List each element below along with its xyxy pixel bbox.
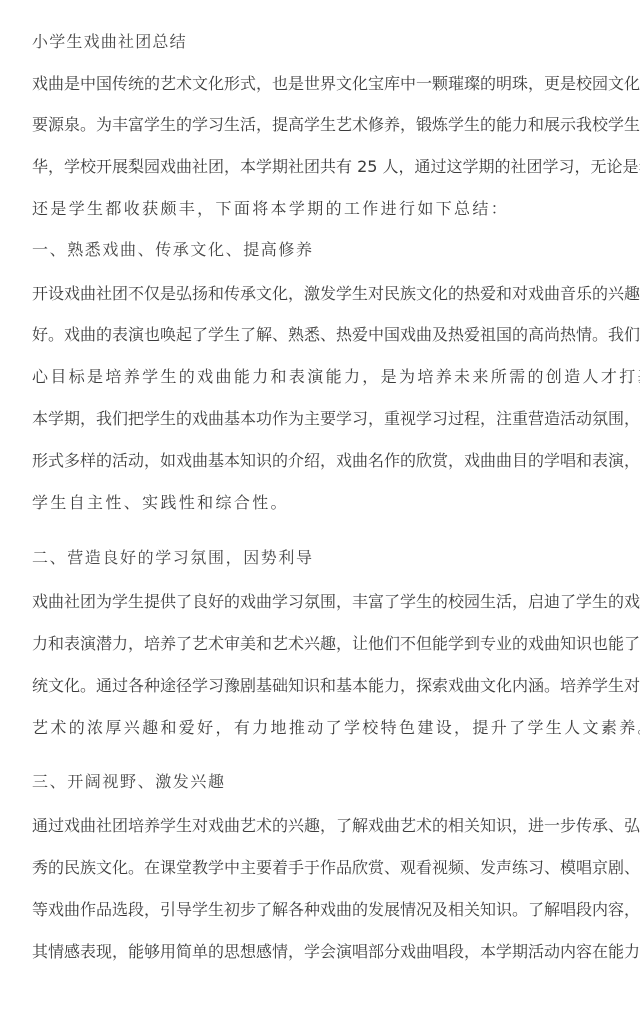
paragraph-line: 等戏曲作品选段，引导学生初步了解各种戏曲的发展情况及相关知识。了解唱段内容，感受 [32, 898, 622, 922]
section-heading: 一、熟悉戏曲、传承文化、提高修养 [32, 238, 622, 262]
paragraph-line: 本学期，我们把学生的戏曲基本功作为主要学习，重视学习过程，注重营造活动氛围，开展 [32, 407, 622, 431]
paragraph-line: 艺术的浓厚兴趣和爱好，有力地推动了学校特色建设，提升了学生人文素养。 [32, 716, 622, 740]
section-heading: 三、开阔视野、激发兴趣 [32, 770, 622, 794]
intro-line: 华，学校开展梨园戏曲社团，本学期社团共有 25 人，通过这学期的社团学习，无论是… [32, 155, 622, 179]
paragraph-line: 好。戏曲的表演也唤起了学生了解、熟悉、热爱中国戏曲及热爱祖国的高尚热情。我们的核 [32, 323, 622, 347]
paragraph-line: 开设戏曲社团不仅是弘扬和传承文化，激发学生对民族文化的热爱和对戏曲音乐的兴趣与爱 [32, 282, 622, 306]
document-page: 小学生戏曲社团总结 戏曲是中国传统的艺术文化形式，也是世界文化宝库中一颗璀璨的明… [0, 0, 640, 1028]
intro-line: 还是学生都收获颇丰，下面将本学期的工作进行如下总结： [32, 197, 622, 221]
intro-line: 戏曲是中国传统的艺术文化形式，也是世界文化宝库中一颗璀璨的明珠，更是校园文化的重 [32, 72, 622, 96]
paragraph-line: 其情感表现，能够用简单的思想感情，学会演唱部分戏曲唱段，本学期活动内容在能力培养 [32, 940, 622, 964]
paragraph-line: 心目标是培养学生的戏曲能力和表演能力，是为培养未来所需的创造人才打基础。 [32, 365, 622, 389]
paragraph-line: 统文化。通过各种途径学习豫剧基础知识和基本能力，探索戏曲文化内涵。培养学生对戏曲 [32, 674, 622, 698]
paragraph-line: 学生自主性、实践性和综合性。 [32, 491, 622, 515]
paragraph-line: 形式多样的活动，如戏曲基本知识的介绍，戏曲名作的欣赏，戏曲曲目的学唱和表演，突出 [32, 449, 622, 473]
document-title: 小学生戏曲社团总结 [32, 30, 622, 54]
paragraph-line: 通过戏曲社团培养学生对戏曲艺术的兴趣，了解戏曲艺术的相关知识，进一步传承、弘扬优 [32, 814, 622, 838]
paragraph-line: 力和表演潜力，培养了艺术审美和艺术兴趣，让他们不但能学到专业的戏曲知识也能了解传 [32, 632, 622, 656]
intro-line: 要源泉。为丰富学生的学习生活，提高学生艺术修养，锻炼学生的能力和展示我校学生的才 [32, 113, 622, 137]
paragraph-line: 秀的民族文化。在课堂教学中主要着手于作品欣赏、观看视频、发声练习、模唱京剧、豫剧 [32, 856, 622, 880]
paragraph-line: 戏曲社团为学生提供了良好的戏曲学习氛围，丰富了学生的校园生活，启迪了学生的戏曲潜 [32, 590, 622, 614]
section-heading: 二、营造良好的学习氛围，因势利导 [32, 546, 622, 570]
